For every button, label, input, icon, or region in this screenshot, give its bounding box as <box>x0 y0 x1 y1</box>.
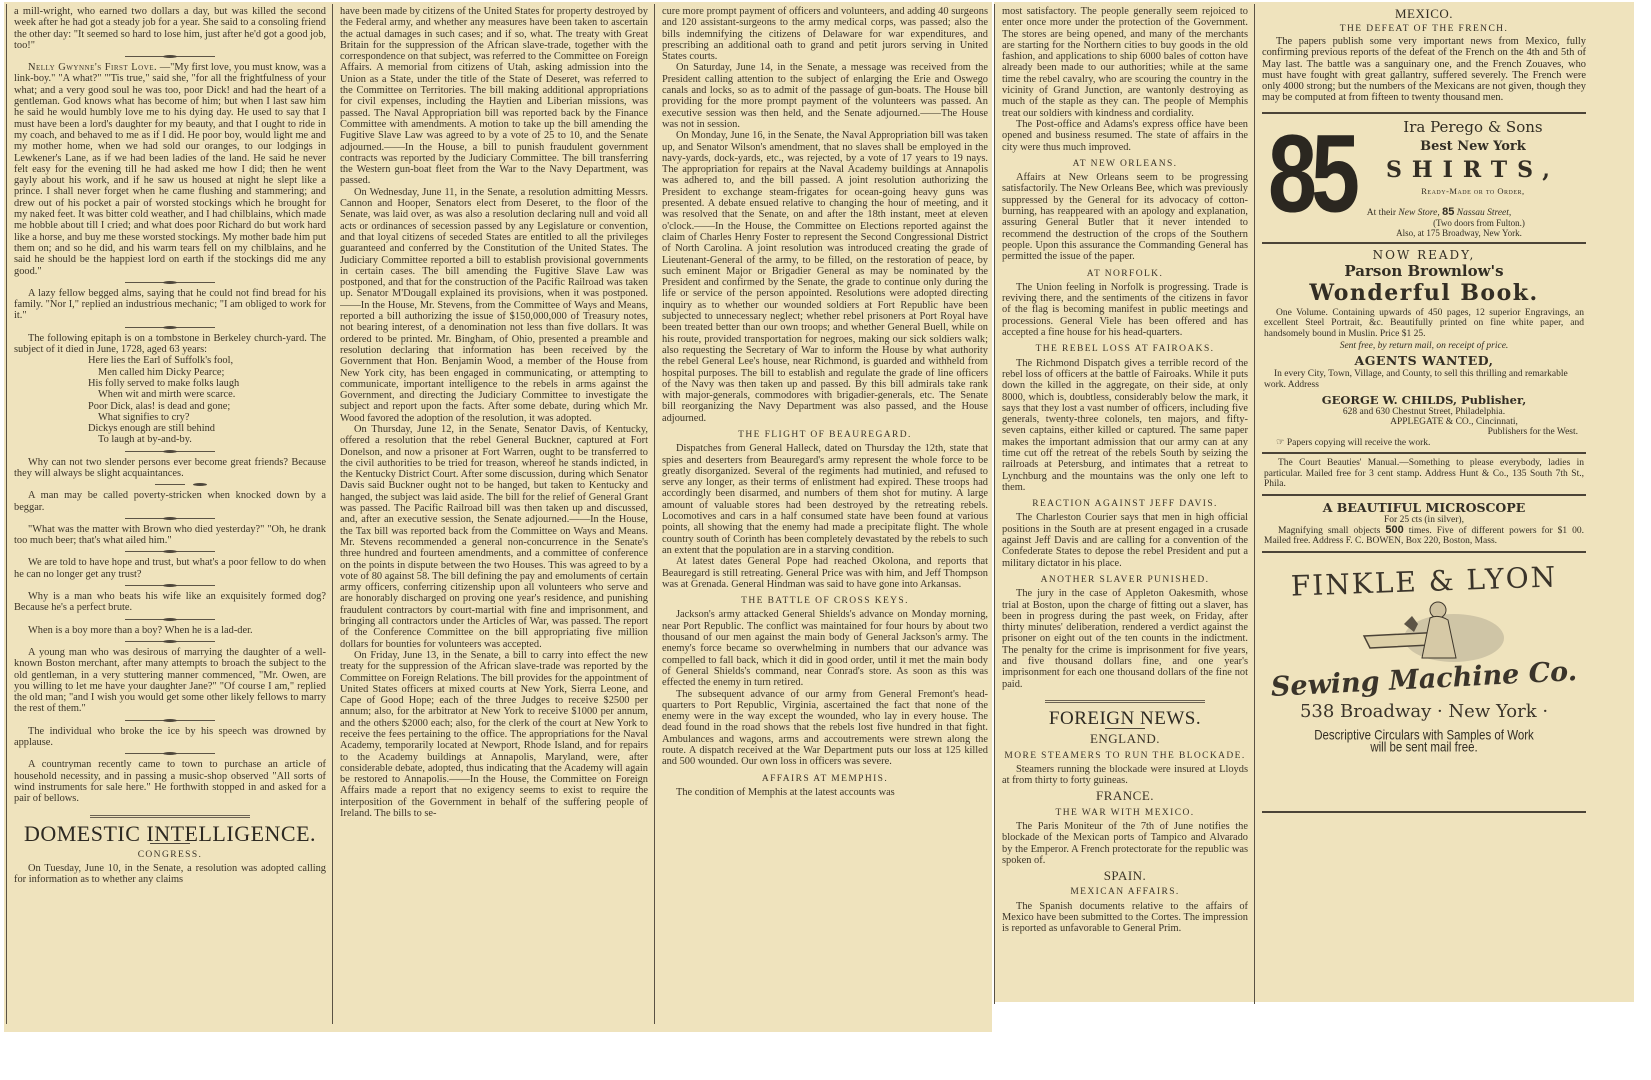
joke: The individual who broke the ice by his … <box>14 726 326 749</box>
article-text: Affairs at New Orleans seem to be progre… <box>1002 172 1248 262</box>
ad-book-author: Parson Brownlow's <box>1264 262 1584 280</box>
article-text: On Saturday, June 14, in the Senate, a m… <box>662 62 988 130</box>
heading-memphis: AFFAIRS AT MEMPHIS. <box>662 774 988 785</box>
ad-book-now-ready: NOW READY, <box>1264 248 1584 262</box>
double-rule <box>1045 700 1205 703</box>
subheading-blockade: MORE STEAMERS TO RUN THE BLOCKADE. <box>1002 751 1248 762</box>
ad-book-publisher: GEORGE W. CHILDS, Publisher, <box>1264 393 1584 407</box>
article-text: cure more prompt payment of officers and… <box>662 6 988 62</box>
section-title-foreign: FOREIGN NEWS. <box>1002 713 1248 724</box>
ad-sewing-firm: FINKLE & LYON <box>1264 559 1585 603</box>
separator <box>125 641 215 642</box>
ad-sewing-line2: will be sent mail free. <box>1264 741 1584 755</box>
subheading-war-mexico: THE WAR WITH MEXICO. <box>1002 808 1248 819</box>
article-text: The Charleston Courier says that men in … <box>1002 512 1248 568</box>
article-text: —"My first love, you must know, was a li… <box>14 62 326 276</box>
article-text: Steamers running the blockade were insur… <box>1002 764 1248 787</box>
separator <box>155 484 185 485</box>
verse-line: Dickys enough are still behind <box>74 423 326 434</box>
article-text: The Post-office and Adams's express offi… <box>1002 119 1248 153</box>
heading-cross-keys: THE BATTLE OF CROSS KEYS. <box>662 596 988 607</box>
text: 500 <box>1385 524 1403 536</box>
heading-slaver: ANOTHER SLAVER PUNISHED. <box>1002 575 1248 586</box>
article-text: The Paris Moniteur of the 7th of June no… <box>1002 821 1248 866</box>
article-text: a mill-wright, who earned two dollars a … <box>14 6 326 51</box>
ad-microscope-text: Magnifying small objects 500 times. Five… <box>1264 525 1584 547</box>
article-text: The following epitaph is on a tombstone … <box>14 333 326 356</box>
joke: Why is a man who beats his wife like an … <box>14 591 326 614</box>
double-rule <box>90 815 250 818</box>
ad-shirts-line4: Ready-Made or to Order, <box>1362 186 1584 196</box>
ad-sewing-machine: FINKLE & LYON Sewing Machine Co. 538 Bro… <box>1262 551 1586 813</box>
ad-shirts-line2: Best New York <box>1362 139 1584 154</box>
section-title-domestic: DOMESTIC INTELLIGENCE. <box>14 828 326 839</box>
article-text: The Spanish documents relative to the af… <box>1002 901 1248 935</box>
joke: When is a boy more than a boy? When he i… <box>14 625 326 636</box>
heading-england: ENGLAND. <box>1002 733 1248 744</box>
column-2: have been made by citizens of the United… <box>340 6 648 1036</box>
ad-book-publisher-address: 628 and 630 Chestnut Street, Philadelphi… <box>1264 407 1584 417</box>
article-text: On Tuesday, June 10, in the Senate, a re… <box>14 863 326 886</box>
column-rule <box>654 4 655 1024</box>
separator <box>125 720 215 721</box>
verse-line: His folly served to make folks laugh <box>74 378 326 389</box>
article-text: The condition of Memphis at the latest a… <box>662 787 988 798</box>
ad-book-description: One Volume. Containing upwards of 450 pa… <box>1264 308 1584 340</box>
article-text: The subsequent advance of our army from … <box>662 689 988 768</box>
ad-shirts-number: 85 <box>1268 124 1354 224</box>
joke: A countryman recently came to town to pu… <box>14 759 326 804</box>
joke: "What was the matter with Brown who died… <box>14 524 326 547</box>
verse-line: Poor Dick, alas! is dead and gone; <box>74 401 326 412</box>
verse-line: Men called him Dicky Pearce; <box>74 367 326 378</box>
ad-book-second-note: Publishers for the West. <box>1264 427 1584 437</box>
woman-sewing-illustration-icon <box>1334 598 1514 668</box>
heading-spain: SPAIN. <box>1002 870 1248 881</box>
column-1: a mill-wright, who earned two dollars a … <box>14 6 326 1036</box>
heading-beauregard: THE FLIGHT OF BEAUREGARD. <box>662 430 988 441</box>
ad-manual-text: The Court Beauties' Manual.—Something to… <box>1264 458 1584 490</box>
article-mexico: The papers publish some very important n… <box>1262 36 1586 104</box>
separator <box>125 585 215 586</box>
ad-shirts: 85 Ira Perego & Sons Best New York SHIRT… <box>1262 112 1586 242</box>
column-5-ads: MEXICO. THE DEFEAT OF THE FRENCH. The pa… <box>1262 6 1586 813</box>
text: Nassau Street, <box>1457 208 1512 218</box>
ad-book-sent-free: Sent free, by return mail, on receipt of… <box>1264 341 1584 351</box>
article-text: On Friday, June 13, in the Senate, a bil… <box>340 650 648 819</box>
column-rule <box>1254 4 1255 1004</box>
article-text: most satisfactory. The people generally … <box>1002 6 1248 119</box>
article-text: Dispatches from General Halleck, dated o… <box>662 443 988 556</box>
separator <box>125 551 215 552</box>
verse-line: What signifies to cry? <box>74 412 326 423</box>
ad-book-second-publisher: APPLEGATE & CO., Cincinnati, <box>1264 417 1584 427</box>
subsection-congress: CONGRESS. <box>14 850 326 861</box>
ad-shirts-product: SHIRTS, <box>1362 157 1584 183</box>
separator <box>125 282 215 283</box>
article-text: On Thursday, June 12, in the Senate, Sen… <box>340 424 648 650</box>
heading-norfolk: AT NORFOLK. <box>1002 269 1248 280</box>
verse-line: When wit and mirth were scarce. <box>74 389 326 400</box>
text: 85 <box>1442 206 1454 218</box>
verse-line: To laugh at by-and-by. <box>74 434 326 445</box>
column-rule <box>994 4 995 1004</box>
article-nelly: Nelly Gwynne's First Love. —"My first lo… <box>14 62 326 277</box>
article-text: The jury in the case of Appleton Oakesmi… <box>1002 588 1248 690</box>
ad-manual: The Court Beauties' Manual.—Something to… <box>1262 452 1586 494</box>
ad-microscope-price: For 25 cts (in silver), <box>1264 515 1584 525</box>
article-text: Jackson's army attacked General Shields'… <box>662 609 988 688</box>
article-text: The Richmond Dispatch gives a terrible r… <box>1002 358 1248 494</box>
article-text: At latest dates General Pope had reached… <box>662 556 988 590</box>
column-rule <box>6 4 7 1024</box>
joke: We are told to have hope and trust, but … <box>14 557 326 580</box>
verse-line: Here lies the Earl of Suffolk's fool, <box>74 355 326 366</box>
ad-book-papers: ☞ Papers copying will receive the work. <box>1264 437 1584 448</box>
ad-book-title: Wonderful Book. <box>1264 280 1584 306</box>
joke: Why can not two slender persons ever bec… <box>14 457 326 480</box>
article-text: have been made by citizens of the United… <box>340 6 648 187</box>
text: Sent free, by return mail, on receipt of… <box>1340 341 1509 351</box>
joke: A man may be called poverty-stricken whe… <box>14 490 326 513</box>
separator <box>125 518 215 519</box>
column-4: most satisfactory. The people generally … <box>1002 6 1248 1006</box>
ad-sewing-address: 538 Broadway · New York · <box>1264 701 1584 722</box>
heading-fairoaks: THE REBEL LOSS AT FAIROAKS. <box>1002 344 1248 355</box>
heading-mexico: MEXICO. <box>1262 6 1586 22</box>
separator <box>125 451 215 452</box>
subheading-mexican-affairs: MEXICAN AFFAIRS. <box>1002 887 1248 898</box>
epitaph-verse: Here lies the Earl of Suffolk's fool, Me… <box>14 355 326 445</box>
ad-microscope-title: A BEAUTIFUL MICROSCOPE <box>1264 500 1584 515</box>
text: New Store, <box>1398 208 1439 218</box>
column-rule <box>332 4 333 1024</box>
subheading-defeat-french: THE DEFEAT OF THE FRENCH. <box>1262 24 1586 34</box>
joke: A young man who was desirous of marrying… <box>14 647 326 715</box>
separator <box>125 56 215 57</box>
heading-france: FRANCE. <box>1002 790 1248 801</box>
heading-new-orleans: AT NEW ORLEANS. <box>1002 159 1248 170</box>
column-3: cure more prompt payment of officers and… <box>662 6 988 1036</box>
article-text: On Wednesday, June 11, in the Senate, a … <box>340 187 648 424</box>
separator <box>125 753 215 754</box>
ad-book: NOW READY, Parson Brownlow's Wonderful B… <box>1262 242 1586 453</box>
text: Magnifying small objects <box>1278 526 1380 536</box>
ad-shirts-firm: Ira Perego & Sons <box>1362 118 1584 136</box>
ad-book-agents-text: In every City, Town, Village, and County… <box>1264 369 1584 390</box>
article-text: The Union feeling in Norfolk is progress… <box>1002 282 1248 338</box>
article-title: Nelly Gwynne's First Love. <box>28 62 157 73</box>
article-text: A lazy fellow begged alms, saying that h… <box>14 288 326 322</box>
text: At their <box>1367 208 1396 218</box>
heading-jeff-davis: REACTION AGAINST JEFF DAVIS. <box>1002 499 1248 510</box>
separator <box>125 327 215 328</box>
ad-microscope: A BEAUTIFUL MICROSCOPE For 25 cts (in si… <box>1262 494 1586 551</box>
separator <box>125 619 215 620</box>
ad-book-agents: AGENTS WANTED, <box>1264 353 1584 368</box>
article-text: On Monday, June 16, in the Senate, the N… <box>662 130 988 424</box>
